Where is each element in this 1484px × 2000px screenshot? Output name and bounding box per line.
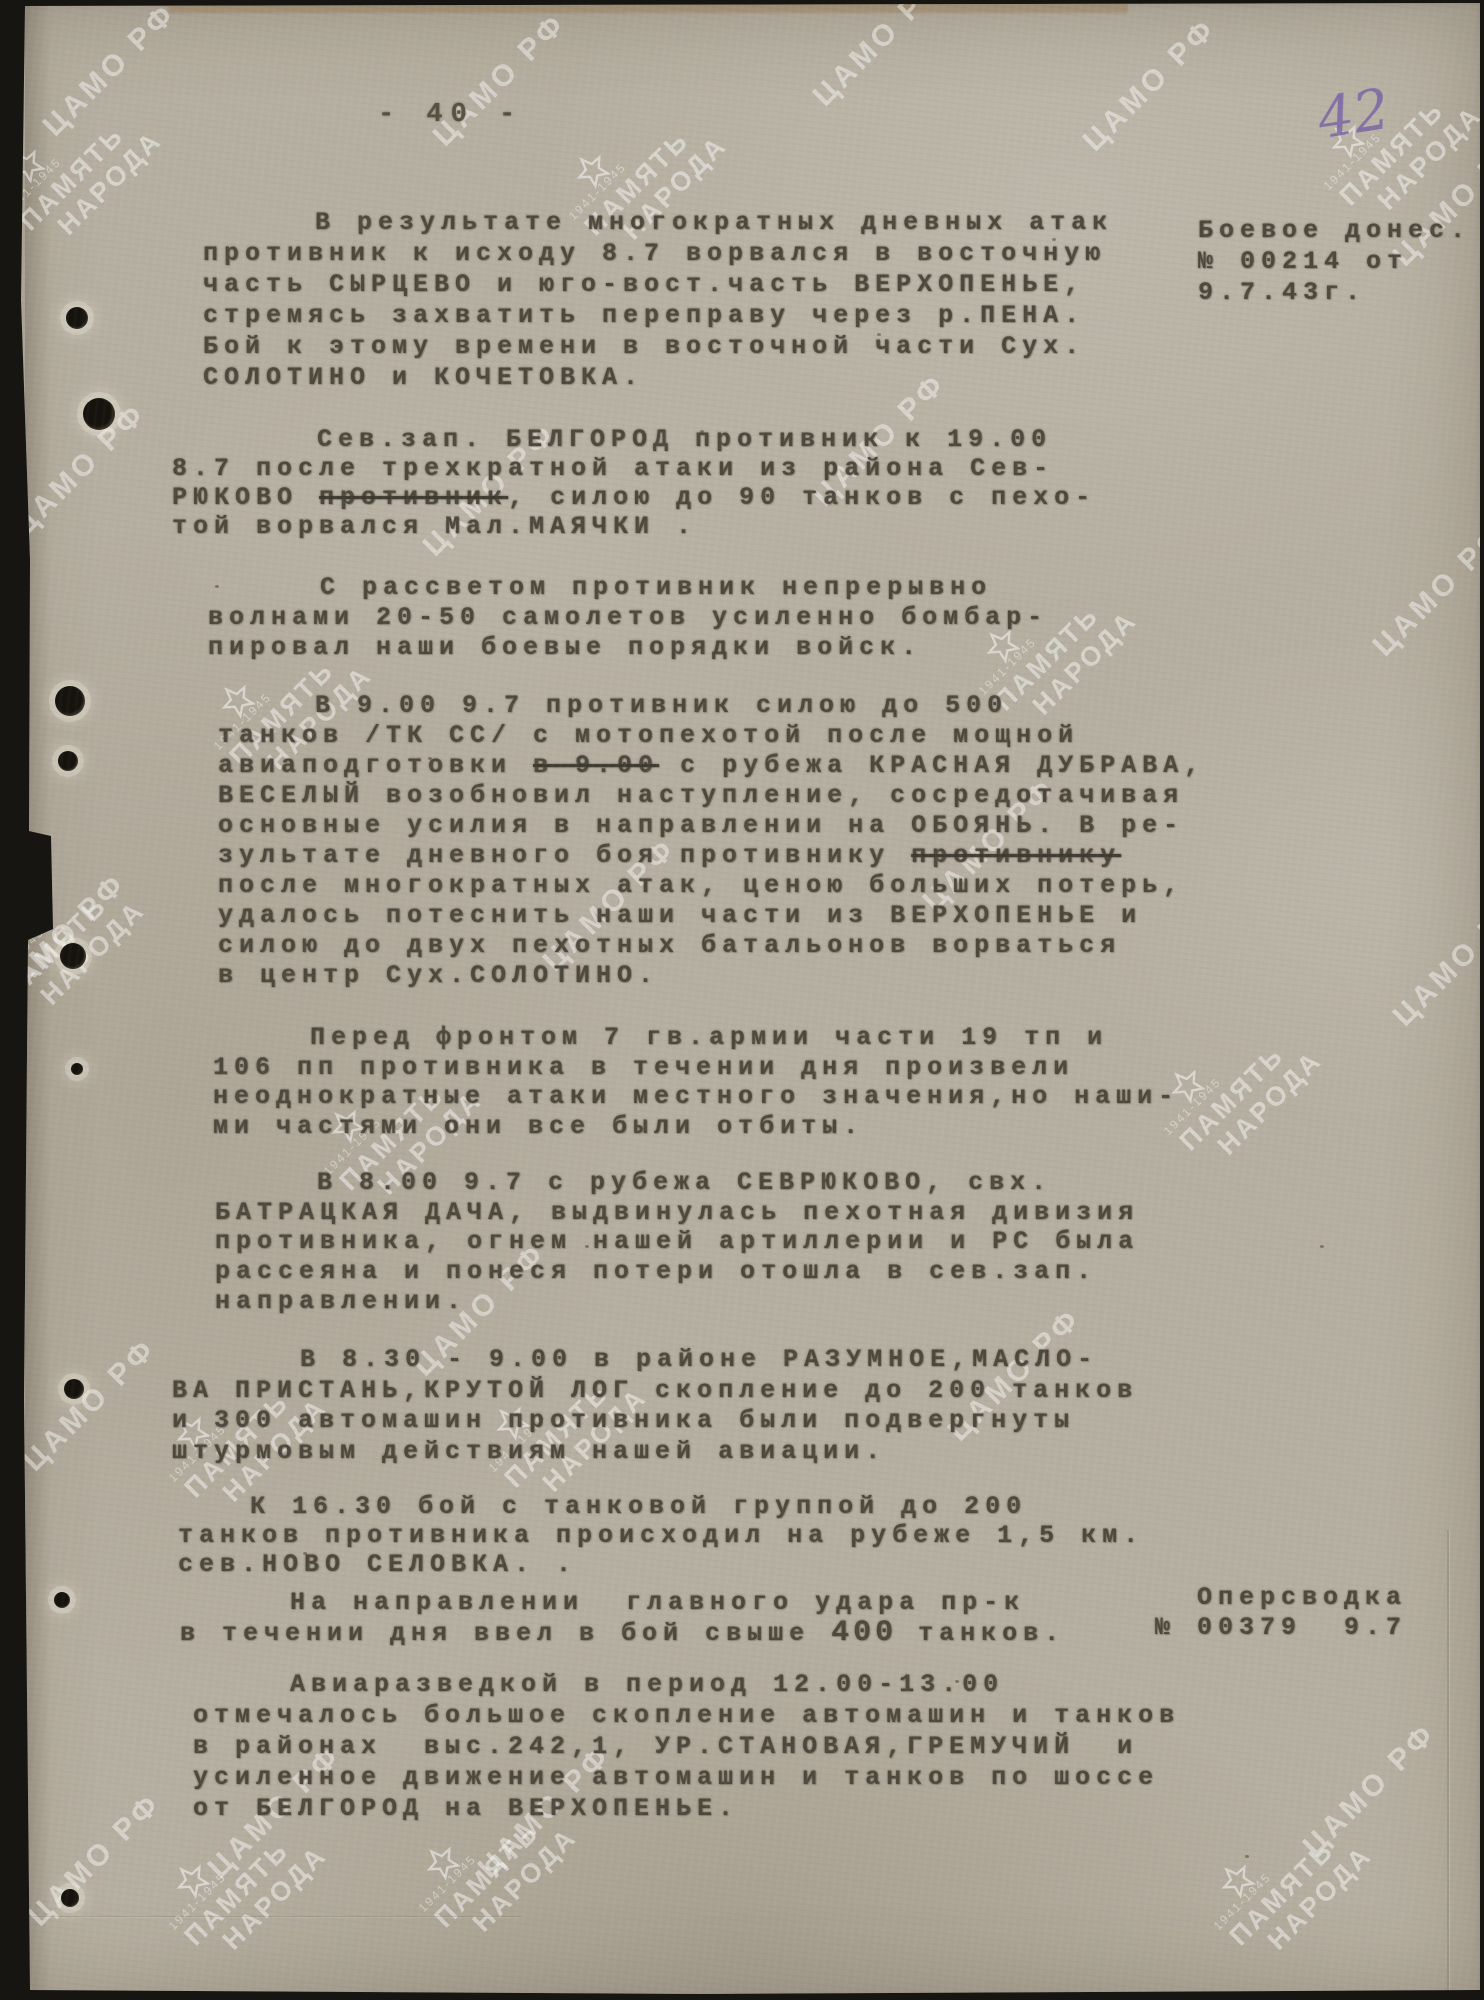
typed-line: направлении. — [215, 1287, 467, 1316]
watermark-years: 1941-1945 — [1161, 1014, 1285, 1138]
typed-line: ми частями они все были отбиты. — [213, 1112, 864, 1141]
watermark-text-line2: НАРОДА — [52, 125, 168, 241]
watermark-text-line1: ПАМЯТЬ — [1223, 1818, 1356, 1951]
typed-line: часть СЫРЦЕВО и юго-вост.часть ВЕРХОПЕНЬ… — [203, 270, 1085, 299]
typed-line: В 9.00 9.7 противник силою до 500 — [315, 691, 1008, 720]
camo-rf-watermark: ЦАМО РФ — [0, 867, 133, 1014]
horizontal-crease — [22, 1916, 522, 1917]
typed-line: авиаподготовки в 9.00 с рубежа КРАСНАЯ Д… — [218, 751, 1205, 780]
star-icon — [166, 1854, 220, 1908]
typed-line: отмечалось большое скопление автомашин и… — [193, 1701, 1180, 1730]
camo-rf-watermark: ЦАМО РФ — [427, 7, 574, 154]
typed-line: и 300 автомашин противника были подвергн… — [172, 1406, 1075, 1435]
page-number: - 40 - — [378, 100, 523, 130]
left-edge-shadow — [25, 0, 51, 2000]
typed-line: На направлении главного удара пр-к — [290, 1588, 1025, 1617]
watermark-text-line2: НАРОДА — [1262, 1840, 1378, 1956]
watermark-text-line1: ПАМЯТЬ — [0, 873, 129, 1006]
dust-speck — [877, 333, 881, 336]
typed-line: рассеяна и понеся потери отошла в сев.за… — [215, 1257, 1097, 1286]
punch-hole — [54, 1592, 70, 1608]
watermark-years: 1941-1945 — [0, 864, 108, 988]
typed-line: ВЕСЕЛЫЙ возобновил наступление, сосредот… — [218, 781, 1184, 810]
dust-speck — [700, 430, 704, 433]
camo-rf-watermark: ЦАМО РФ — [1367, 517, 1484, 664]
margin-note-line: Оперсводка — [1155, 1583, 1407, 1612]
typed-line: В 8.00 9.7 с рубежа СЕВРЮКОВО, свх. — [317, 1168, 1052, 1197]
dust-speck — [955, 1680, 959, 1683]
punch-hole — [58, 751, 78, 771]
typed-line: в течении дня ввел в бой свыше 400 танко… — [180, 1616, 1065, 1650]
star-icon — [566, 144, 620, 198]
typed-line: в центр Сух.СОЛОТИНО. — [218, 961, 659, 990]
punch-hole — [61, 1889, 79, 1907]
typed-line: штурмовым действиям нашей авиации. — [172, 1437, 886, 1466]
punch-hole — [83, 398, 115, 430]
punch-hole — [60, 943, 86, 969]
watermark-text-line2: НАРОДА — [217, 1840, 333, 1956]
punch-hole — [55, 686, 85, 716]
strikethrough-correction: противник — [319, 483, 508, 512]
strikethrough-correction: противнику — [911, 841, 1121, 870]
typed-line: СОЛОТИНО и КОЧЕТОВКА. — [203, 363, 644, 392]
star-icon — [211, 674, 265, 728]
typed-line: удалось потеснить наши части из ВЕРХОПЕН… — [218, 901, 1142, 930]
typed-line: противник к исходу 8.7 ворвался в восточ… — [203, 239, 1106, 268]
margin-note-line: № 00214 от — [1198, 247, 1408, 276]
typed-line: 106 пп противника в течении дня произвел… — [213, 1053, 1074, 1082]
camo-rf-watermark: ЦАМО РФ — [1387, 887, 1484, 1034]
dust-speck — [428, 757, 432, 760]
dust-speck — [303, 1552, 307, 1555]
scanned-document: { "page": { "page_number_typed": "- 40 -… — [0, 0, 1484, 2000]
watermark-years: 1941-1945 — [1211, 1809, 1335, 1933]
typed-line: стремясь захватить переправу через р.ПЕН… — [203, 301, 1085, 330]
typed-line: К 16.30 бой с танковой группой до 200 — [250, 1492, 1027, 1521]
typed-line: танков /ТК СС/ с мотопехотой после мощно… — [218, 721, 1079, 750]
tape-residue — [168, 2, 1128, 13]
camo-rf-watermark: ЦАМО РФ — [807, 0, 954, 113]
punch-hole — [64, 1379, 84, 1399]
star-icon — [416, 1836, 470, 1890]
memory-of-people-watermark: 1941-1945ПАМЯТЬНАРОДА — [0, 842, 151, 1027]
typed-line: Перед фронтом 7 гв.армии части 19 тп и — [310, 1023, 1108, 1052]
typed-line: противника, огнем нашей артиллерии и РС … — [215, 1227, 1139, 1256]
typed-line: ВА ПРИСТАНЬ,КРУТОЙ ЛОГ скопление до 200 … — [172, 1376, 1138, 1405]
margin-note-line: Боевое донес. — [1198, 216, 1471, 245]
watermark-years: 1941-1945 — [1, 94, 125, 218]
watermark-text-line1: ПАМЯТЬ — [1173, 1023, 1306, 1156]
document-page: ЦАМО РФЦАМО РФЦАМО РФЦАМО РФЦАМО РФЦАМО … — [0, 0, 1484, 2000]
typed-line: силою до двух пехотных батальонов ворват… — [218, 931, 1121, 960]
watermark-text-line2: НАРОДА — [467, 1822, 583, 1938]
dust-speck — [1052, 238, 1056, 241]
margin-note-line: № 00379 9.7 — [1155, 1613, 1407, 1642]
vertical-crease — [1447, 1530, 1449, 2000]
typed-line: от БЕЛГОРОД на ВЕРХОПЕНЬЕ. — [193, 1794, 739, 1823]
emphasized-number: 400 — [831, 1616, 897, 1650]
watermark-years: 1941-1945 — [976, 574, 1100, 698]
typed-line: БАТРАЦКАЯ ДАЧА, выдвинулась пехотная див… — [215, 1198, 1139, 1227]
typed-line: в районах выс.242,1, УР.СТАНОВАЯ,ГРЕМУЧИ… — [193, 1732, 1138, 1761]
watermark-text-line1: ПАМЯТЬ — [178, 1818, 311, 1951]
typed-line: той ворвался Мал.МАЯЧКИ . — [172, 512, 697, 541]
handwritten-page-number: 42 — [1313, 77, 1394, 152]
watermark-text-line2: НАРОДА — [1212, 1045, 1328, 1161]
dust-speck — [215, 585, 219, 588]
typed-line: пировал наши боевые порядки войск. — [208, 633, 922, 662]
watermark-text-line2: НАРОДА — [35, 895, 151, 1011]
typed-line: после многократных атак, ценою больших п… — [218, 871, 1184, 900]
typed-line: В 8.30 - 9.00 в районе РАЗУМНОЕ,МАСЛО- — [300, 1345, 1098, 1374]
typed-line: танков противника происходил на рубеже 1… — [178, 1521, 1144, 1550]
dust-speck — [1245, 1855, 1249, 1858]
star-icon — [1211, 1854, 1265, 1908]
typed-line: Авиаразведкой в период 12.00-13.00 — [290, 1670, 1004, 1699]
typed-line: РЮКОВО противник, силою до 90 танков с п… — [172, 483, 1096, 512]
typed-line: 8.7 после трехкратной атаки из района Се… — [172, 454, 1054, 483]
watermark-years: 1941-1945 — [166, 1809, 290, 1933]
typed-line: Бой к этому времени в восточной части Су… — [203, 332, 1085, 361]
camo-rf-watermark: ЦАМО РФ — [1297, 1717, 1444, 1864]
dust-speck — [585, 1245, 589, 1248]
typed-line: зультате дневного боя противнику противн… — [218, 841, 1121, 870]
punch-hole — [66, 307, 88, 329]
typed-line: С рассветом противник непрерывно — [320, 573, 992, 602]
typed-line: неоднократные атаки местного значения,но… — [213, 1082, 1179, 1111]
typed-line: В результате многократных дневных атак — [315, 208, 1113, 237]
dust-speck — [1320, 1245, 1324, 1248]
watermark-years: 1941-1945 — [566, 99, 690, 223]
strikethrough-correction: в 9.00 — [533, 751, 659, 780]
typed-line: Сев.зап. БЕЛГОРОД противник к 19.00 — [317, 425, 1052, 454]
typed-line: основные усилия в направлении на ОБОЯНЬ.… — [218, 811, 1184, 840]
camo-rf-watermark: ЦАМО РФ — [37, 0, 184, 143]
typed-line: волнами 20-50 самолетов усиленно бомбар- — [208, 603, 1048, 632]
typed-line: сев.НОВО СЕЛОВКА. . — [178, 1550, 577, 1579]
camo-rf-watermark: ЦАМО РФ — [1077, 12, 1224, 159]
margin-note-line: 9.7.43г. — [1198, 278, 1366, 307]
punch-hole — [71, 1063, 83, 1075]
memory-of-people-watermark: 1941-1945ПАМЯТЬНАРОДА — [1192, 1787, 1377, 1972]
typed-line: усиленное движение автомашин и танков по… — [193, 1763, 1159, 1792]
